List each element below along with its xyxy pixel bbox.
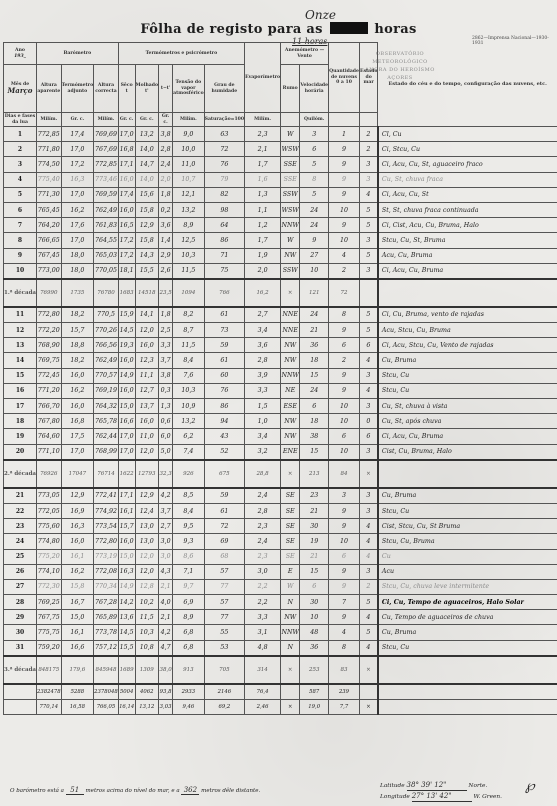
cell-alt-cor: 770,5 (94, 307, 119, 323)
unit: Gr. c. (118, 113, 135, 127)
cell-rumo: NW (281, 610, 300, 625)
cell-alt-ap: 769,25 (37, 595, 62, 610)
cell-alt-cor: 764,55 (94, 233, 119, 248)
cell-dif: 2,0 (159, 172, 173, 187)
cell-dif: 4,3 (159, 564, 173, 579)
cell-alt-cor: 764,32 (94, 399, 119, 414)
cell-nuv: 9 (329, 519, 360, 534)
cell-vel: 121 (300, 279, 329, 307)
col-dry: Sêco t (118, 65, 135, 113)
cell-seco: 16,0 (118, 534, 135, 549)
cell-alt-ap: 774,80 (37, 534, 62, 549)
cell-nuv: 9 (329, 187, 360, 202)
cell-mar: × (359, 460, 377, 488)
footer-text: metros dêle distante. (201, 788, 260, 794)
unit: Gr. c. (159, 113, 173, 127)
cell-humid: 52 (204, 444, 244, 460)
thermometer-group-header: Termómetros e psicrómetro (118, 43, 244, 65)
cell-seco: 15,0 (118, 549, 135, 564)
latitude-value: 38° 39' 12" (407, 780, 467, 791)
cell-term: 16,7 (61, 595, 94, 610)
cell-alt-cor: 772,80 (94, 534, 119, 549)
cell-mar: 5 (359, 202, 377, 217)
day-number: 31 (4, 640, 37, 656)
cell-alt-cor: 762,49 (94, 353, 119, 368)
cell-vel: 253 (300, 656, 329, 684)
cell-alt-cor: 765,03 (94, 248, 119, 263)
cell-alt-ap: 771,80 (37, 142, 62, 157)
cell-humid: 57 (204, 595, 244, 610)
table-row: 9767,4518,0765,0317,214,32,910,3711,9NW2… (4, 248, 557, 263)
cell-mar: 4 (359, 353, 377, 368)
cell-seco: 17,1 (118, 488, 135, 504)
cell-tensao: 12,1 (173, 187, 205, 202)
cell-nuv: 8 (329, 640, 360, 656)
cell-alt-cor: 769,19 (94, 383, 119, 398)
cell-mar: 5 (359, 307, 377, 323)
cell-term: 16,1 (61, 625, 94, 640)
cell-dif: 3,0 (159, 549, 173, 564)
cell-molh: 14,0 (135, 172, 159, 187)
cell-evap: 2,3 (245, 549, 281, 564)
cell-humid: 73 (204, 323, 244, 338)
cell-rumo: W (281, 233, 300, 248)
table-row: 22772,0516,9774,9216,112,43,78,4612,8SE2… (4, 503, 557, 518)
cell-seco: 16,5 (118, 218, 135, 233)
weather-table: Ano193_ Barómetro Termómetros e psicróme… (3, 42, 557, 715)
cell-vel: 9 (300, 233, 329, 248)
cell-rumo: SE (281, 549, 300, 564)
cell-alt-cor: 773,19 (94, 549, 119, 564)
cell-nuv: 2 (329, 353, 360, 368)
cell-rumo: NW (281, 248, 300, 263)
cell-seco: 17,1 (118, 157, 135, 172)
cell-evap: 1,9 (245, 248, 281, 263)
cell-dif: 4,2 (159, 488, 173, 504)
sky-description: Acu, Stcu, Cu, Bruma (378, 323, 557, 338)
sky-description: St, St, chuva fraca continuada (378, 202, 557, 217)
cell-term: 17,0 (61, 444, 94, 460)
total-dif: 3,03 (159, 700, 173, 715)
cell-evap: 16,2 (245, 279, 281, 307)
day-number: 23 (4, 519, 37, 534)
table-body: 1772,8517,4769,6917,013,23,89,0632,3W312… (4, 127, 557, 715)
col-attached-thermometer: Termómetro adjunto (61, 65, 94, 113)
cell-humid: 86 (204, 233, 244, 248)
cell-dif: 3,3 (159, 338, 173, 353)
cell-molh: 15,8 (135, 233, 159, 248)
table-row: 4775,4016,3773,4616,014,02,010,7791,6SSE… (4, 172, 557, 187)
cell-mar: 5 (359, 218, 377, 233)
cell-vel: 6 (300, 399, 329, 414)
cell-term: 16,0 (61, 534, 94, 549)
table-row: 27772,3015,8770,3414,912,82,19,7772,2W69… (4, 579, 557, 594)
cell-mar: 3 (359, 233, 377, 248)
cell-alt-ap: 768,90 (37, 338, 62, 353)
total-seco: 16,14 (118, 700, 135, 715)
cell-rumo: WSW (281, 142, 300, 157)
cell-nuv: 2 (329, 263, 360, 279)
cell-dif: 2,9 (159, 248, 173, 263)
sky-description: Cu, Bruma (378, 353, 557, 368)
cell-seco: 16,1 (118, 503, 135, 518)
year-header: Ano193_ (4, 43, 37, 65)
cell-tensao: 12,5 (173, 233, 205, 248)
cell-alt-cor: 761,83 (94, 218, 119, 233)
day-phase-header: Dias e fases da lua (4, 113, 37, 127)
day-number: 3 (4, 157, 37, 172)
cell-dif: 0,6 (159, 414, 173, 429)
cell-dif: 6,0 (159, 429, 173, 444)
cell-dif: 2,5 (159, 323, 173, 338)
evaporimeter-header: Evaporímetro (245, 43, 281, 113)
cell-vel: 5 (300, 157, 329, 172)
cloud-amount-header: Quantidade de nuvens 0 a 10 (329, 43, 360, 113)
cell-molh: 12,0 (135, 323, 159, 338)
cell-seco: 19,3 (118, 338, 135, 353)
table-row: 13768,9018,8766,5619,316,03,311,5593,6NW… (4, 338, 557, 353)
cell-molh: 11,5 (135, 610, 159, 625)
blank-desc (378, 684, 557, 700)
cell-evap: 1,1 (245, 202, 281, 217)
col-diff: t−t' (159, 65, 173, 113)
cell-evap: 1,5 (245, 399, 281, 414)
cell-dif: 3,7 (159, 353, 173, 368)
cell-seco: 17,4 (118, 187, 135, 202)
cell-dif: 1,8 (159, 187, 173, 202)
cell-dif: 2,1 (159, 610, 173, 625)
cell-evap: 2,3 (245, 127, 281, 142)
day-number: 13 (4, 338, 37, 353)
cell-term: 18,0 (61, 248, 94, 263)
cell-rumo: ENE (281, 444, 300, 460)
cell-rumo: NW (281, 414, 300, 429)
cell-seco: 16,0 (118, 353, 135, 368)
cell-alt-cor: 770,57 (94, 368, 119, 383)
cell-humid: 63 (204, 127, 244, 142)
cell-seco: 17,0 (118, 429, 135, 444)
cell-seco: 16,0 (118, 172, 135, 187)
cell-alt-cor: 757,12 (94, 640, 119, 656)
cell-evap: 2,8 (245, 353, 281, 368)
cell-dif: 3,8 (159, 368, 173, 383)
table-row: 2771,8017,0767,6916,814,02,810,0722,1WSW… (4, 142, 557, 157)
cell-alt-cor: 76780 (94, 279, 119, 307)
cell-term: 16,1 (61, 549, 94, 564)
cell-evap: 3,4 (245, 323, 281, 338)
total-mar (359, 684, 377, 700)
cell-vel: 30 (300, 595, 329, 610)
cell-vel: 18 (300, 414, 329, 429)
cell-seco: 15,5 (118, 640, 135, 656)
sky-description: Cu, St, após chuva (378, 414, 557, 429)
sky-description (378, 279, 557, 307)
cell-evap: 28,8 (245, 460, 281, 488)
total-molh: 4062 (135, 684, 159, 700)
sky-description: Stcu, Cu, St, Bruma (378, 233, 557, 248)
cell-dif: 5,0 (159, 444, 173, 460)
cell-evap: 2,8 (245, 503, 281, 518)
cell-vel: 21 (300, 549, 329, 564)
day-number: 28 (4, 595, 37, 610)
cell-molh: 10,8 (135, 640, 159, 656)
cell-seco: 13,6 (118, 610, 135, 625)
cell-mar: 2 (359, 127, 377, 142)
cell-term: 16,6 (61, 640, 94, 656)
cell-vel: 15 (300, 444, 329, 460)
day-number: 6 (4, 202, 37, 217)
cell-term: 179,6 (61, 656, 94, 684)
total-humid: 2146 (204, 684, 244, 700)
cell-term: 1735 (61, 279, 94, 307)
cell-molh: 11,1 (135, 368, 159, 383)
table-row: 8766,6517,0764,5517,215,81,412,5861,7W91… (4, 233, 557, 248)
cell-seco: 15,0 (118, 399, 135, 414)
sky-description: Cu, St, chuva fraca (378, 172, 557, 187)
sky-description: Ci, Stcu, Cu (378, 142, 557, 157)
cell-humid: 76 (204, 383, 244, 398)
cell-rumo: NNW (281, 625, 300, 640)
cell-tensao: 1094 (173, 279, 205, 307)
cell-evap: 2,0 (245, 263, 281, 279)
day-number: 20 (4, 444, 37, 460)
cell-mar: 6 (359, 338, 377, 353)
cell-alt-ap: 773,00 (37, 263, 62, 279)
cell-molh: 15,8 (135, 202, 159, 217)
cell-tensao: 9,0 (173, 127, 205, 142)
cell-mar: 2 (359, 142, 377, 157)
cell-mar: 2 (359, 579, 377, 594)
total-mar: × (359, 700, 377, 715)
cell-vel: 27 (300, 248, 329, 263)
cell-alt-ap: 765,45 (37, 202, 62, 217)
cell-tensao: 6,8 (173, 625, 205, 640)
sky-description: Cu, Bruma (378, 625, 557, 640)
unit: Milím. (245, 113, 281, 127)
cell-tensao: 7,6 (173, 368, 205, 383)
total-alt-ap: 2382478 (37, 684, 62, 700)
cell-alt-ap: 764,60 (37, 429, 62, 444)
cell-humid: 675 (204, 460, 244, 488)
cell-nuv: 10 (329, 444, 360, 460)
cell-seco: 17,0 (118, 444, 135, 460)
cell-humid: 64 (204, 218, 244, 233)
cell-tensao: 10,9 (173, 399, 205, 414)
table-row: 1772,8517,4769,6917,013,23,89,0632,3W312… (4, 127, 557, 142)
table-row: 17766,7016,0764,3215,013,71,310,9861,5ES… (4, 399, 557, 414)
cell-term: 18,0 (61, 263, 94, 279)
cell-nuv: 10 (329, 233, 360, 248)
cell-humid: 71 (204, 248, 244, 263)
table-row: 18767,8016,8765,7816,616,00,613,2941,0NW… (4, 414, 557, 429)
cell-term: 15,7 (61, 323, 94, 338)
col-wind-speed: Velocidade horária (300, 65, 329, 113)
latitude-dir: Norte. (468, 783, 487, 789)
blank-cell (4, 684, 37, 700)
cell-tensao: 7,1 (173, 564, 205, 579)
cell-tensao: 11,5 (173, 338, 205, 353)
cell-term: 16,0 (61, 368, 94, 383)
cell-dif: 1,3 (159, 399, 173, 414)
cell-humid: 77 (204, 579, 244, 594)
sky-description: Acu (378, 564, 557, 579)
cell-rumo: E (281, 564, 300, 579)
cell-seco: 16,6 (118, 414, 135, 429)
table-row: 30775,7516,1773,7814,510,34,26,8553,1NNW… (4, 625, 557, 640)
decade-summary-row: 3.ª década848175179,68459481689130938,09… (4, 656, 557, 684)
col-vapor-tension: Tensão do vapor atmosférico (173, 65, 205, 113)
cell-humid: 72 (204, 142, 244, 157)
unit: Gr. c. (61, 113, 94, 127)
cell-nuv: 9 (329, 579, 360, 594)
cell-nuv: 4 (329, 248, 360, 263)
cell-tensao: 11,5 (173, 263, 205, 279)
cell-alt-ap: 769,75 (37, 353, 62, 368)
total-term: 5288 (61, 684, 94, 700)
cell-humid: 69 (204, 534, 244, 549)
cell-term: 18,2 (61, 307, 94, 323)
cell-humid: 76 (204, 157, 244, 172)
cell-vel: 48 (300, 625, 329, 640)
cell-dif: 2,8 (159, 142, 173, 157)
cell-molh: 14,0 (135, 142, 159, 157)
cell-tensao: 11,0 (173, 157, 205, 172)
cell-tensao: 8,4 (173, 503, 205, 518)
col-wet: Molhado t' (135, 65, 159, 113)
cell-molh: 16,0 (135, 414, 159, 429)
cell-rumo: W (281, 579, 300, 594)
cell-mar: 3 (359, 368, 377, 383)
cell-alt-ap: 772,45 (37, 368, 62, 383)
unit (359, 113, 377, 127)
cell-evap: 3,3 (245, 383, 281, 398)
sky-description: Stcu, Cu (378, 383, 557, 398)
cell-molh: 12,9 (135, 488, 159, 504)
blank-desc (378, 700, 557, 715)
day-number: 19 (4, 429, 37, 444)
cell-molh: 12,0 (135, 564, 159, 579)
cell-rumo: N (281, 595, 300, 610)
cell-humid: 53 (204, 640, 244, 656)
cell-humid: 75 (204, 263, 244, 279)
cell-seco: 16,0 (118, 202, 135, 217)
total-term: 16,58 (61, 700, 94, 715)
cell-term: 16,3 (61, 519, 94, 534)
cell-nuv: 10 (329, 202, 360, 217)
cell-molh: 12,8 (135, 579, 159, 594)
table-row: 5771,3017,0769,5917,415,61,812,1821,3SSW… (4, 187, 557, 202)
sky-description-header: Estado do céu e do tempo, configuração d… (378, 43, 557, 127)
cell-mar: 3 (359, 444, 377, 460)
cell-humid: 94 (204, 414, 244, 429)
cell-molh: 13,0 (135, 534, 159, 549)
cell-vel: 6 (300, 142, 329, 157)
cell-humid: 59 (204, 488, 244, 504)
cell-tensao: 926 (173, 460, 205, 488)
cell-alt-cor: 768,99 (94, 444, 119, 460)
cell-molh: 15,6 (135, 187, 159, 202)
cell-mar: 5 (359, 323, 377, 338)
cell-term: 17,2 (61, 157, 94, 172)
day-number: 16 (4, 383, 37, 398)
table-row: 15772,4516,0770,5714,911,13,87,6603,9NNW… (4, 368, 557, 383)
cell-alt-cor: 770,34 (94, 579, 119, 594)
cell-mar (359, 279, 377, 307)
cell-mar: 4 (359, 187, 377, 202)
table-row: 31759,2016,6757,1215,510,84,76,8534,8N36… (4, 640, 557, 656)
cell-term: 16,9 (61, 503, 94, 518)
cell-tensao: 8,2 (173, 307, 205, 323)
cell-nuv: 4 (329, 625, 360, 640)
total-alt-cor: 766,05 (94, 700, 119, 715)
cell-molh: 12,0 (135, 444, 159, 460)
cell-rumo: ESE (281, 399, 300, 414)
cell-tensao: 6,8 (173, 640, 205, 656)
sky-description: Cu, St, chuva à vista (378, 399, 557, 414)
total-dif: 93,8 (159, 684, 173, 700)
cell-tensao: 8,7 (173, 323, 205, 338)
unit: Saturação=100 (204, 113, 244, 127)
cell-nuv: 9 (329, 323, 360, 338)
cell-term: 16,2 (61, 202, 94, 217)
cell-nuv: 83 (329, 656, 360, 684)
day-number: 26 (4, 564, 37, 579)
cell-vel: 21 (300, 503, 329, 518)
cell-dif: 1,4 (159, 233, 173, 248)
cell-vel: 30 (300, 519, 329, 534)
day-number: 10 (4, 263, 37, 279)
cell-vel: 15 (300, 368, 329, 383)
unit: Milím. (94, 113, 119, 127)
barometer-note: O barómetro está a 51 metros acima do ní… (10, 786, 260, 795)
cell-rumo: × (281, 279, 300, 307)
cell-seco: 16,8 (118, 142, 135, 157)
cell-humid: 43 (204, 429, 244, 444)
cell-rumo: WSW (281, 202, 300, 217)
cell-nuv: 8 (329, 307, 360, 323)
cell-molh: 15,5 (135, 263, 159, 279)
cell-humid: 61 (204, 353, 244, 368)
cell-tensao: 7,4 (173, 444, 205, 460)
cell-seco: 15,7 (118, 519, 135, 534)
cell-alt-ap: 767,80 (37, 414, 62, 429)
sky-description: Ci, Acu, Cu, Bruma (378, 429, 557, 444)
table-row: 19764,6017,5762,4417,011,06,06,2433,4NW3… (4, 429, 557, 444)
cell-nuv: 9 (329, 503, 360, 518)
unit (281, 113, 300, 127)
cell-nuv: 9 (329, 564, 360, 579)
day-number: 12 (4, 323, 37, 338)
cell-tensao: 8,4 (173, 353, 205, 368)
cell-alt-ap: 775,40 (37, 172, 62, 187)
barometer-height-value: 51 (66, 786, 84, 795)
cell-term: 16,3 (61, 172, 94, 187)
cell-nuv: 6 (329, 549, 360, 564)
cell-vel: 36 (300, 338, 329, 353)
cell-vel: 6 (300, 579, 329, 594)
cell-tensao: 8,5 (173, 488, 205, 504)
cell-alt-ap: 773,05 (37, 488, 62, 504)
cell-term: 18,8 (61, 338, 94, 353)
cell-alt-cor: 762,44 (94, 429, 119, 444)
cell-molh: 10,2 (135, 595, 159, 610)
cell-alt-cor: 769,59 (94, 187, 119, 202)
cell-term: 17,6 (61, 218, 94, 233)
day-number: 9 (4, 248, 37, 263)
cell-term: 16,2 (61, 564, 94, 579)
cell-vel: 19 (300, 534, 329, 549)
cell-alt-cor: 773,78 (94, 625, 119, 640)
